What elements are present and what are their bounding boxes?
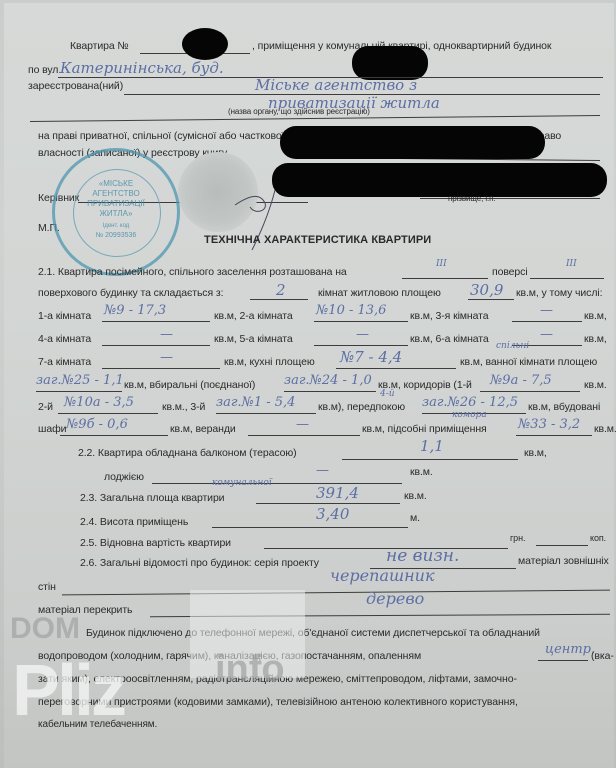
bath-note: спільні xyxy=(496,341,529,351)
closet-line xyxy=(60,435,168,436)
redaction-ownership xyxy=(280,126,545,159)
room3-label: кв.м, 3-я кімната xyxy=(410,310,488,322)
redaction-apartment-number xyxy=(182,28,228,60)
balcony-label: 2.2. Квартира обладнана балконом (терасо… xyxy=(78,447,297,459)
room4-value: — xyxy=(160,327,173,342)
room5-line xyxy=(314,345,408,346)
street-label: по вул. xyxy=(28,64,61,76)
building-info-label: 2.6. Загальні відомості про будинок: сер… xyxy=(80,557,319,569)
registered-label: зареєстрована(ний) xyxy=(28,80,123,92)
room4-line xyxy=(102,345,210,346)
connections-line-1: Будинок підключено до телефонної мережі,… xyxy=(86,627,540,639)
street-value: Катеринінська, буд. xyxy=(60,59,224,77)
corridor2-label: 2-й xyxy=(38,401,53,413)
room6-unit: кв.м, xyxy=(584,333,607,345)
balcony-line xyxy=(342,459,518,460)
corridor1-value: №9а - 7,5 xyxy=(490,373,552,388)
storage-note: комора xyxy=(452,410,487,420)
s21-line1: 2.1. Квартира посімейного, спільного зас… xyxy=(38,266,347,278)
total-area-unit: кв.м. xyxy=(404,490,427,502)
bath-value: заг.№25 - 1,1 xyxy=(36,373,124,388)
cost-kop-line xyxy=(536,545,588,546)
series-value: не визн. xyxy=(386,546,459,566)
toilet-line xyxy=(284,391,376,392)
cost-uah-unit: грн. xyxy=(510,533,525,543)
floors-total-value: III xyxy=(566,259,577,269)
head-name-line xyxy=(420,198,600,199)
living-area-value: 30,9 xyxy=(470,281,503,299)
walls-value: черепашник xyxy=(330,566,435,585)
corridor1-line xyxy=(480,391,580,392)
veranda-line xyxy=(248,435,360,436)
rooms-line xyxy=(250,299,308,300)
corridor1-unit: кв.м. xyxy=(584,379,607,391)
hall-value: заг.№26 - 12,5 xyxy=(422,395,518,410)
room7-value: — xyxy=(160,350,173,365)
ownership-text-1: на праві приватної, спільної (сумісної а… xyxy=(38,130,288,142)
utility-value: №33 - 3,2 xyxy=(518,417,580,432)
room7-line xyxy=(102,368,220,369)
room6-label: кв.м, 6-а кімната xyxy=(410,333,489,345)
kitchen-value: №7 - 4,4 xyxy=(340,348,402,366)
loggia-unit: кв.м. xyxy=(410,466,433,478)
stamp-line-3: ПРИВАТИЗАЦІЇ xyxy=(55,199,177,209)
watermark-main: Pliz xyxy=(12,650,124,732)
stamp-line-6: № 20993536 xyxy=(55,231,177,241)
height-line xyxy=(212,527,408,528)
veranda-value: — xyxy=(296,417,309,432)
room5-value: — xyxy=(356,327,369,342)
section-title: ТЕХНІЧНА ХАРАКТЕРИСТИКА КВАРТИРИ xyxy=(204,234,431,246)
cost-kop-unit: коп. xyxy=(590,533,606,543)
room1-line xyxy=(102,321,210,322)
total-area-line xyxy=(256,503,400,504)
registrar-caption: (назва органу, що здійснив реєстрацію) xyxy=(228,107,370,116)
utility-label: кв.м, підсобні приміщення xyxy=(362,423,487,435)
corridor2-line xyxy=(58,413,158,414)
room2-value: №10 - 13,6 xyxy=(316,303,386,318)
stamp-line-4: ЖИТЛА» xyxy=(55,209,177,219)
loggia-label: лоджією xyxy=(104,471,144,483)
s21-line2: поверхового будинку та складається з: xyxy=(38,287,223,299)
room3-value: — xyxy=(540,303,553,318)
room4-label: 4-а кімната xyxy=(38,333,91,345)
stamp-line-2: АГЕНТСТВО xyxy=(55,189,177,199)
registrar-value-1: Міське агентство з xyxy=(255,76,417,94)
kitchen-label: кв.м, кухні площею xyxy=(224,356,315,368)
closet-label: шафи xyxy=(38,423,66,435)
floors-value: дерево xyxy=(366,589,424,608)
floor-value: III xyxy=(436,259,447,269)
connections-line-2-end: (вка- xyxy=(591,650,614,662)
heating-value: центр. xyxy=(545,642,595,657)
head-caption: прізвище, і.п. xyxy=(448,194,496,203)
toilet-value: заг.№24 - 1,0 xyxy=(284,373,372,388)
room3-unit: кв.м, xyxy=(584,310,607,322)
living-area-suffix: кв.м, у тому числі: xyxy=(516,287,602,299)
height-unit: м. xyxy=(410,512,420,524)
utility-unit: кв.м. xyxy=(594,423,616,435)
room6-value: — xyxy=(540,327,553,342)
height-label: 2.4. Висота приміщень xyxy=(80,516,188,528)
total-area-value: 391,4 xyxy=(316,484,359,502)
utility-line xyxy=(516,435,592,436)
cost-label: 2.5. Відновна вартість квартири xyxy=(80,537,231,549)
room1-label: 1-а кімната xyxy=(38,310,91,322)
redaction-owner-name xyxy=(272,163,607,197)
corridor3-line xyxy=(216,413,316,414)
room2-label: кв.м, 2-а кімната xyxy=(214,310,293,322)
apartment-label: Квартира № xyxy=(70,40,129,52)
floor-label: поверсі xyxy=(492,266,528,278)
watermark-suffix: info xyxy=(215,648,285,691)
organization-stamp: «МІСЬКЕ АГЕНТСТВО ПРИВАТИЗАЦІЇ ЖИТЛА» Ід… xyxy=(52,148,180,276)
watermark-top: DOM xyxy=(10,612,80,646)
kitchen-line xyxy=(336,368,456,369)
hall-note: 4-й xyxy=(380,389,395,399)
redaction-building-number xyxy=(352,46,428,80)
builtin-label: кв.м, вбудовані xyxy=(528,401,600,413)
stamp-line-1: «МІСЬКЕ xyxy=(55,179,177,189)
stamp-line-5: Ідент. код xyxy=(55,221,177,231)
bath-label: кв.м, ванної кімнати площею xyxy=(460,356,597,368)
loggia-value: — xyxy=(316,463,329,478)
room5-label: кв.м, 5-а кімната xyxy=(214,333,293,345)
living-area-line xyxy=(468,299,514,300)
balcony-unit: кв.м, xyxy=(524,447,547,459)
balcony-value: 1,1 xyxy=(420,437,444,455)
floors-total-line xyxy=(530,278,604,279)
rooms-label: кімнат житловою площею xyxy=(318,287,441,299)
hall-label: кв.м), передпокою xyxy=(318,401,405,413)
room3-line xyxy=(512,321,582,322)
height-value: 3,40 xyxy=(316,505,349,523)
room2-line xyxy=(314,321,408,322)
corridor2-value: №10а - 3,5 xyxy=(64,395,134,410)
room1-value: №9 - 17,3 xyxy=(104,303,166,318)
room7-label: 7-а кімната xyxy=(38,356,91,368)
toilet-label: кв.м, вбиральні (поєднаної) xyxy=(124,379,255,391)
bath-line xyxy=(36,391,122,392)
loggia-line xyxy=(152,483,402,484)
closet-value: №9б - 0,6 xyxy=(66,417,128,432)
corridor3-value: заг.№1 - 5,4 xyxy=(216,395,295,410)
walls-prefix: стін xyxy=(38,581,56,593)
corridor3-label: кв.м., 3-й xyxy=(162,401,205,413)
heating-line xyxy=(538,660,588,661)
floor-line xyxy=(402,278,488,279)
wall-material-label: матеріал зовнішніх xyxy=(518,555,609,567)
total-area-label: 2.3. Загальна площа квартири xyxy=(80,492,224,504)
rooms-value: 2 xyxy=(276,281,286,299)
veranda-label: кв.м, веранди xyxy=(170,423,236,435)
total-area-note: комунальної xyxy=(212,478,272,488)
